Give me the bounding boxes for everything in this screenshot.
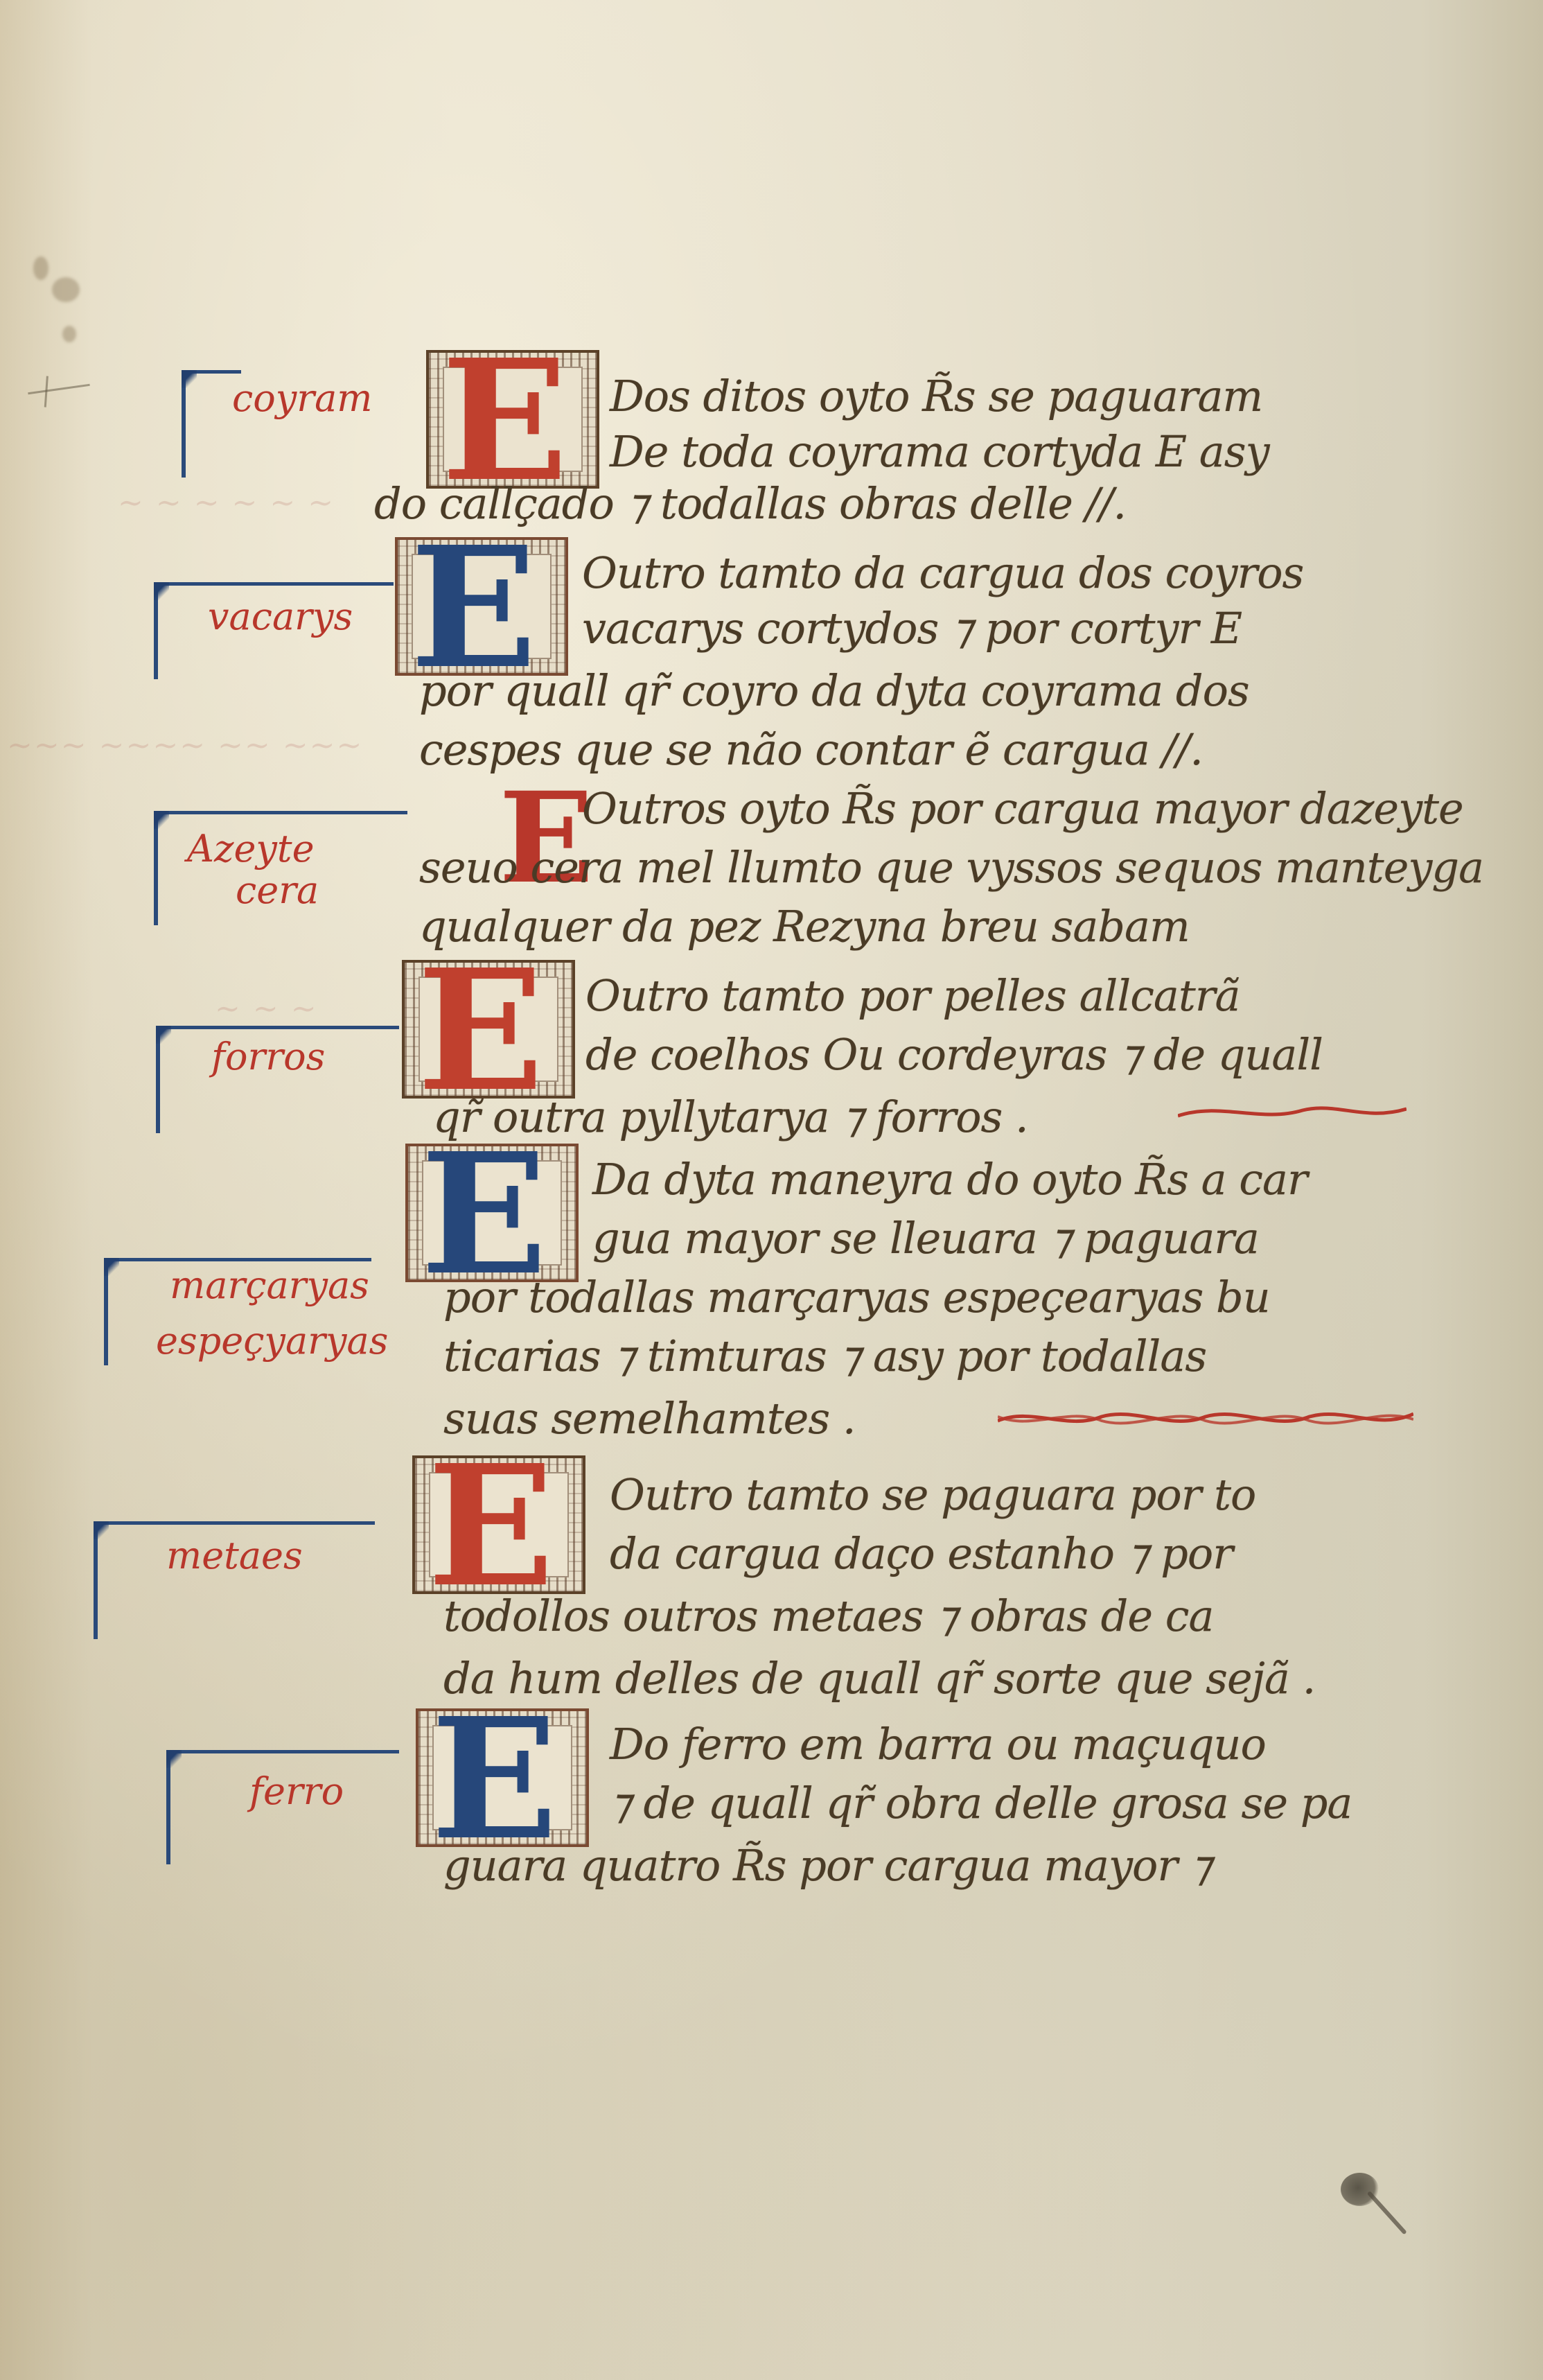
text-line: De toda coyrama cortyda E asy [610, 426, 1269, 477]
decorated-initial: E [405, 1144, 579, 1282]
initial-letter: E [427, 1443, 554, 1609]
margin-rubric-line-1: marçaryas [170, 1265, 369, 1306]
text-line: Outro tamto se paguara por to [610, 1469, 1255, 1520]
text-line: da cargua daço estanho ⁊ por [610, 1528, 1233, 1579]
text-line: da hum delles de quall qr̃ sorte que sej… [443, 1653, 1315, 1704]
decorated-initial: E [412, 1455, 585, 1594]
text-line: por quall qr̃ coyro da dyta coyrama dos [419, 665, 1249, 716]
bleed-through-text: ~ ~ ~ [215, 991, 318, 1026]
text-line: Outro tamto por pelles allcatrã [585, 970, 1240, 1021]
decorated-initial: E [426, 350, 599, 489]
text-line: Da dyta maneyra do oyto R̃s a car [592, 1154, 1307, 1205]
margin-rubric: metaes [166, 1535, 303, 1576]
stain [62, 326, 76, 342]
bleed-through-text: ~~~ ~~~~ ~~ ~~~ [7, 728, 363, 763]
margin-rubric: forros [211, 1036, 325, 1077]
text-line: Do ferro em barra ou maçuquo [610, 1719, 1266, 1769]
ruling-cross-mark [28, 384, 90, 394]
text-line: seuo cera mel llumto que vyssos sequos m… [419, 842, 1483, 893]
margin-rubric-line-2: cera [236, 870, 319, 911]
text-line: ticarias ⁊ timturas ⁊ asy por todallas [443, 1331, 1206, 1381]
line-filler-flourish [1178, 1102, 1407, 1123]
decorated-initial: E [416, 1708, 589, 1847]
text-line: gua mayor se lleuara ⁊ paguara [592, 1213, 1259, 1263]
margin-rubric: ferro [249, 1771, 344, 1812]
stain [52, 277, 80, 302]
stain [33, 256, 49, 280]
text-line: Dos ditos oyto R̃s se paguaram [610, 371, 1262, 421]
margin-rubric-line-2: espeçyaryas [156, 1320, 388, 1361]
text-line: Outro tamto da cargua dos coyros [582, 548, 1303, 598]
manuscript-page: ~ ~ ~ ~ ~ ~ ~~~ ~~~~ ~~ ~~~ ~ ~ ~ coyram… [0, 0, 1543, 2380]
margin-rubric-line-1: Azeyte [187, 828, 315, 869]
text-line: de coelhos Ou cordeyras ⁊ de quall [585, 1029, 1323, 1080]
margin-rubric: coyram [232, 378, 372, 419]
margin-rubric: vacarys [208, 596, 353, 637]
initial-letter: E [417, 947, 544, 1114]
text-line: todollos outros metaes ⁊ obras de ca [443, 1591, 1213, 1641]
decorated-initial: E [395, 537, 568, 676]
bleed-through-text: ~ ~ ~ ~ ~ ~ [118, 485, 335, 520]
text-line: ⁊ de quall qr̃ obra delle grosa se pa [610, 1778, 1352, 1828]
text-line: por todallas marçaryas espeçearyas bu [443, 1272, 1270, 1322]
text-line: Outros oyto R̃s por cargua mayor dazeyte [582, 783, 1463, 834]
parchment-tear [1367, 2191, 1407, 2234]
line-filler-flourish [998, 1407, 1413, 1428]
decorated-initial: E [402, 960, 575, 1099]
initial-letter: E [431, 1696, 558, 1862]
text-line: guara quatro R̃s por cargua mayor ⁊ [443, 1840, 1211, 1891]
text-line: vacarys cortydos ⁊ por cortyr E [582, 603, 1242, 654]
